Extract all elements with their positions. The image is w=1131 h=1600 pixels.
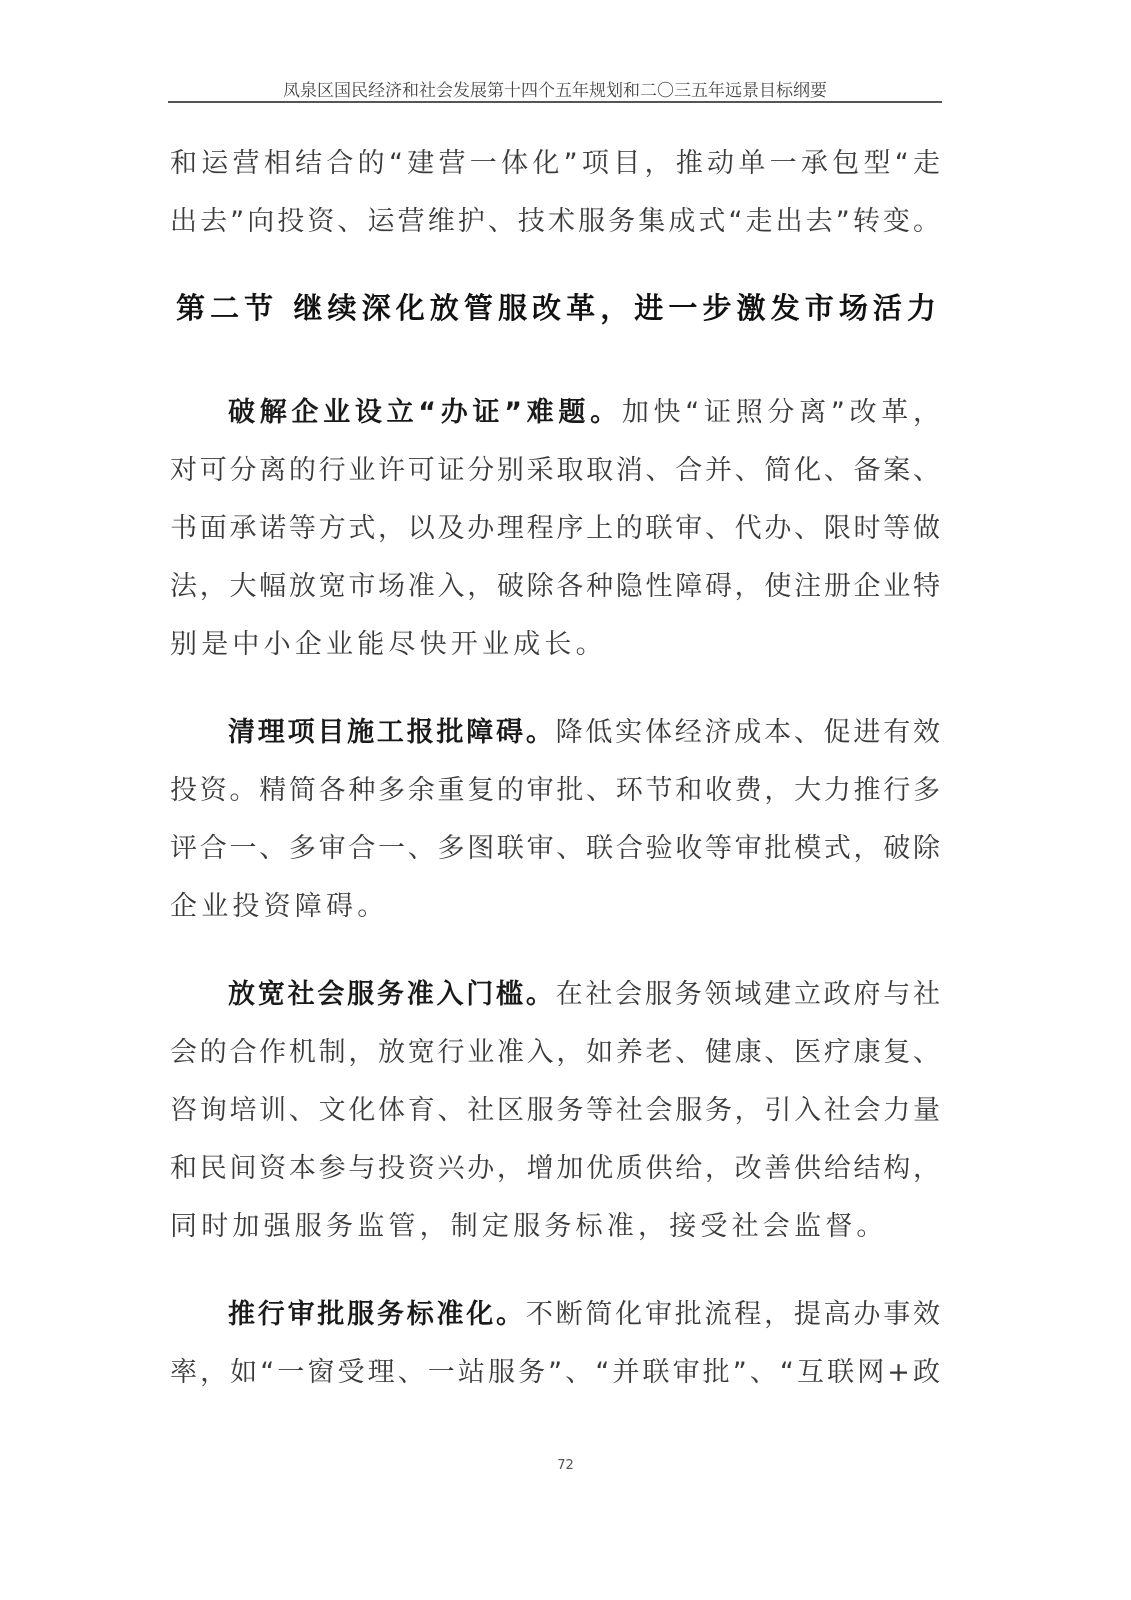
paragraph-text: 加快“证照分离”改革， — [622, 397, 940, 428]
paragraph-first-line: 推行审批服务标准化。不断简化审批流程，提高办事效 — [228, 1298, 940, 1332]
text-line: 会的合作机制，放宽行业准入，如养老、健康、医疗康复、 — [170, 1036, 940, 1070]
text-line: 书面承诺等方式，以及办理程序上的联审、代办、限时等做 — [170, 512, 940, 546]
text-line: 率，如“一窗受理、一站服务”、“并联审批”、“互联网+政 — [170, 1356, 940, 1390]
text-line: 咨询培训、文化体育、社区服务等社会服务，引入社会力量 — [170, 1094, 940, 1128]
text-line: 别是中小企业能尽快开业成长。 — [170, 628, 940, 662]
paragraph-lead: 推行审批服务标准化。 — [228, 1299, 526, 1330]
text-line: 法，大幅放宽市场准入，破除各种隐性障碍，使注册企业特 — [170, 570, 940, 604]
paragraph-lead: 放宽社会服务准入门槛。 — [228, 979, 556, 1010]
paragraph-text: 降低实体经济成本、促进有效 — [556, 717, 940, 748]
paragraph-first-line: 放宽社会服务准入门槛。在社会服务领域建立政府与社 — [228, 978, 940, 1012]
paragraph-first-line: 清理项目施工报批障碍。降低实体经济成本、促进有效 — [228, 716, 940, 750]
header-divider — [168, 101, 942, 103]
text-line: 企业投资障碍。 — [170, 890, 940, 924]
text-line: 投资。精简各种多余重复的审批、环节和收费，大力推行多 — [170, 774, 940, 808]
paragraph-lead: 破解企业设立“办证”难题。 — [228, 397, 622, 428]
paragraph-text: 不断简化审批流程，提高办事效 — [526, 1299, 940, 1330]
text-line: 和运营相结合的“建营一体化”项目，推动单一承包型“走 — [170, 147, 940, 181]
page-number: 72 — [0, 1458, 1131, 1473]
text-line: 评合一、多审合一、多图联审、联合验收等审批模式，破除 — [170, 832, 940, 866]
text-line: 对可分离的行业许可证分别采取取消、合并、简化、备案、 — [170, 454, 940, 488]
text-line: 和民间资本参与投资兴办，增加优质供给，改善供给结构， — [170, 1152, 940, 1186]
paragraph-first-line: 破解企业设立“办证”难题。加快“证照分离”改革， — [228, 396, 940, 430]
document-title: 凤泉区国民经济和社会发展第十四个五年规划和二〇三五年远景目标纲要 — [168, 76, 942, 101]
paragraph-lead: 清理项目施工报批障碍。 — [228, 717, 556, 748]
text-line: 出去”向投资、运营维护、技术服务集成式“走出去”转变。 — [170, 205, 940, 239]
paragraph-text: 在社会服务领域建立政府与社 — [556, 979, 940, 1010]
text-line: 同时加强服务监管，制定服务标准，接受社会监督。 — [170, 1210, 940, 1244]
section-heading: 第二节 继续深化放管服改革，进一步激发市场活力 — [176, 290, 936, 326]
